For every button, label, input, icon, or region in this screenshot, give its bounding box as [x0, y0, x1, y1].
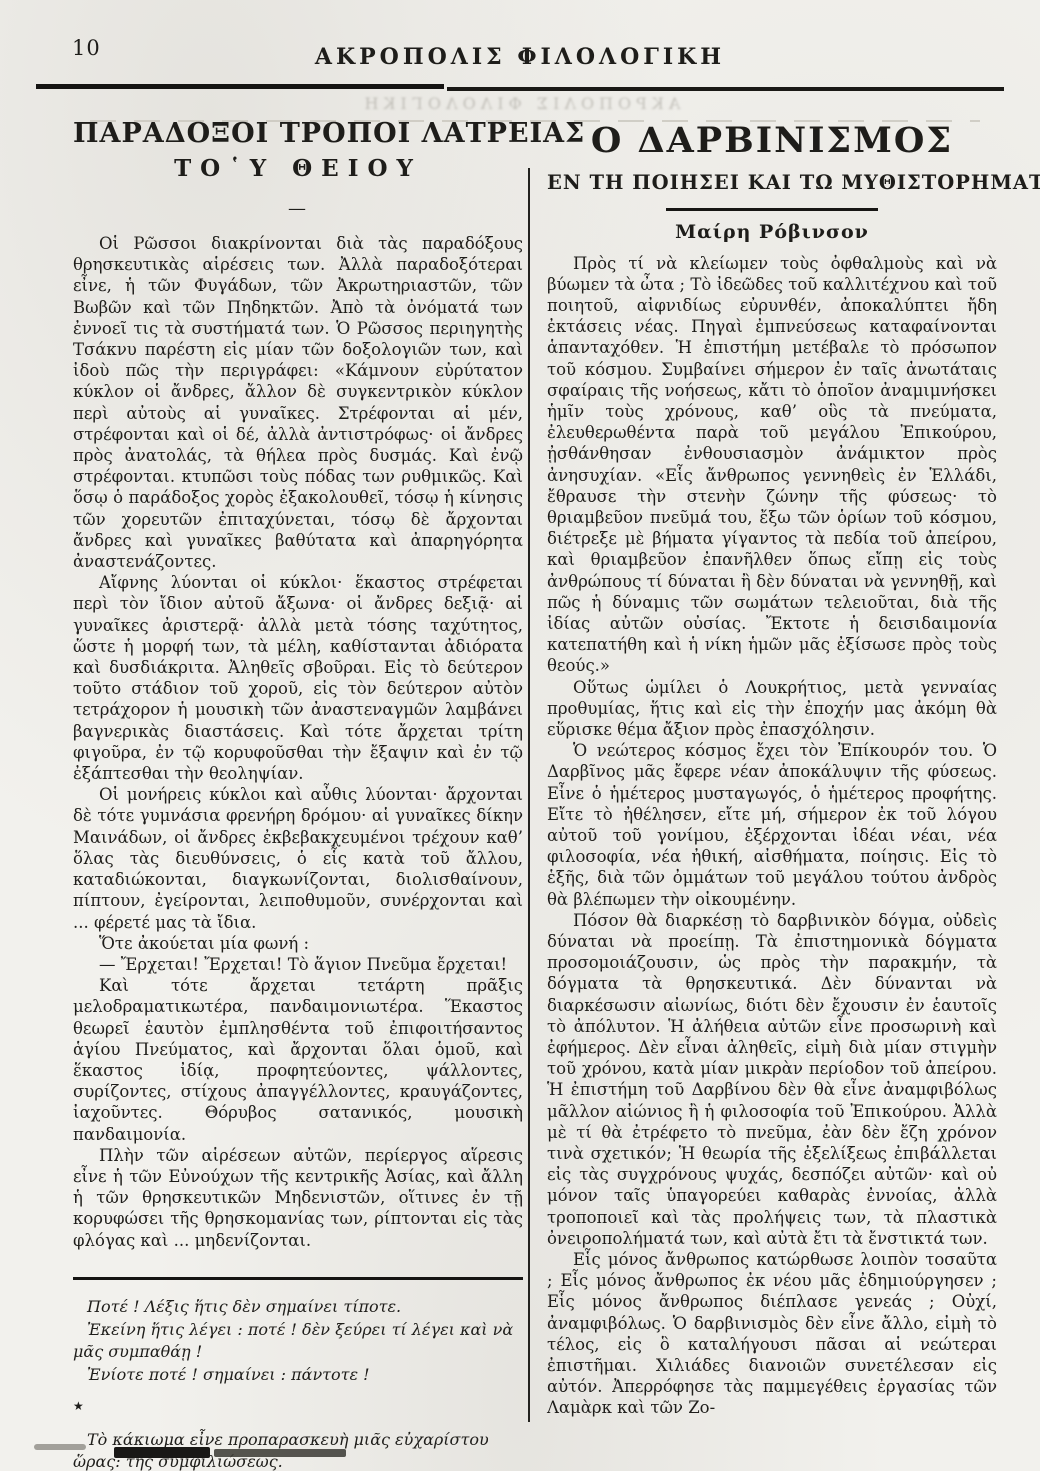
right-article-author: Μαίρη Ρόβινσον: [547, 221, 997, 243]
left-article-title-line2: ΤΟ῾Υ ΘΕΙΟΥ: [73, 155, 523, 182]
right-article: Ο ΔΑΡΒΙΝΙΣΜΟΣ ΕΝ ΤΗ ΠΟΙΗΣΕΙ ΚΑΙ ΤΩ ΜΥΘΙΣ…: [547, 112, 997, 1419]
paragraph: Πλὴν τῶν αἱρέσεων αὐτῶν, περίεργος αἵρεσ…: [73, 1145, 523, 1251]
left-article: ΠΑΡΑΔΟΞΟΙ ΤΡΟΠΟΙ ΛΑΤΡΕΙΑΣ ΤΟ῾Υ ΘΕΙΟΥ — Ο…: [73, 112, 523, 1471]
aphorism: Ποτέ ! Λέξις ἥτις δὲν σημαίνει τίποτε.: [73, 1296, 523, 1318]
ink-smudge: [34, 1444, 86, 1450]
paragraph: Οἱ Ρῶσσοι διακρίνονται διὰ τὰς παραδόξου…: [73, 233, 523, 572]
ink-smudge: [114, 1447, 210, 1458]
star-separator-icon: ★: [73, 1396, 523, 1418]
aphorisms-section: Ποτέ ! Λέξις ἥτις δὲν σημαίνει τίποτε. Ἐ…: [73, 1277, 523, 1471]
paragraph: Οἱ μονήρεις κύκλοι καὶ αὖθις λύονται· ἄρ…: [73, 784, 523, 932]
paragraph-dialogue: — Ἔρχεται! Ἔρχεται! Τὸ ἅγιον Πνεῦμα ἔρχε…: [73, 954, 523, 975]
left-article-title-line1: ΠΑΡΑΔΟΞΟΙ ΤΡΟΠΟΙ ΛΑΤΡΕΙΑΣ: [73, 118, 523, 149]
aphorism: Ἐκείνη ἥτις λέγει : ποτέ ! δὲν ξεύρει τί…: [73, 1319, 523, 1362]
paragraph: Πόσον θὰ διαρκέσῃ τὸ δαρβινικὸν δόγμα, ο…: [547, 910, 997, 1249]
masthead-title: ΑΚΡΟΠΟΛΙΣ ΦΙΛΟΛΟΓΙΚΗ: [0, 44, 1040, 70]
bleed-through-text: ΑΚΡΟΠΟΛΙΣ ΦΙΛΟΛΟΓΙΚΗ: [0, 94, 1040, 113]
column-divider: [528, 168, 530, 1422]
right-article-rule: [666, 208, 878, 211]
right-article-body: Πρὸς τί νὰ κλείωμεν τοὺς ὀφθαλμοὺς καὶ ν…: [547, 253, 997, 1419]
paragraph: Πρὸς τί νὰ κλείωμεν τοὺς ὀφθαλμοὺς καὶ ν…: [547, 253, 997, 677]
header-rule-right-segment: [447, 87, 1004, 91]
paragraph: Ὁ νεώτερος κόσμος ἔχει τὸν Ἐπίκουρόν του…: [547, 740, 997, 910]
paragraph: Αἴφνης λύονται οἱ κύκλοι· ἕκαστος στρέφε…: [73, 572, 523, 784]
paragraph: Εἷς μόνος ἄνθρωπος κατώρθωσε λοιπὸν τοσα…: [547, 1249, 997, 1419]
header-rule-left-segment: [36, 84, 444, 89]
aphorism: Ἐνίοτε ποτέ ! σημαίνει : πάντοτε !: [73, 1364, 523, 1386]
paragraph: Ὅτε ἀκούεται μία φωνή :: [73, 933, 523, 954]
left-article-title-dash: —: [73, 198, 523, 219]
left-article-body: Οἱ Ρῶσσοι διακρίνονται διὰ τὰς παραδόξου…: [73, 233, 523, 1251]
paragraph: Καὶ τότε ἄρχεται τετάρτη πρᾶξις μελοδραμ…: [73, 975, 523, 1145]
right-article-subtitle: ΕΝ ΤΗ ΠΟΙΗΣΕΙ ΚΑΙ ΤΩ ΜΥΘΙΣΤΟΡΗΜΑΤΙ: [547, 171, 997, 194]
paragraph: Οὕτως ὡμίλει ὁ Λουκρήτιος, μετὰ γενναίας…: [547, 677, 997, 741]
right-article-title: Ο ΔΑΡΒΙΝΙΣΜΟΣ: [547, 120, 997, 161]
newspaper-page: 10 ΑΚΡΟΠΟΛΙΣ ΦΙΛΟΛΟΓΙΚΗ ΑΚΡΟΠΟΛΙΣ ΦΙΛΟΛΟ…: [0, 0, 1040, 1471]
ink-smudge: [214, 1449, 346, 1457]
